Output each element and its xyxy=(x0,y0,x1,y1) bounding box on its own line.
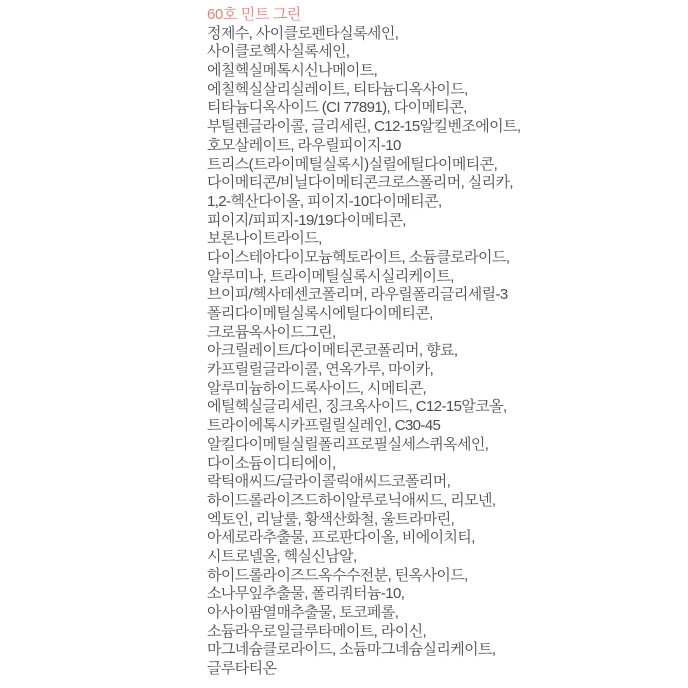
ingredient-line: 호모살레이트, 라우릴피이지-10 xyxy=(207,137,677,156)
ingredient-line: 아세로라추출물, 프로판다이올, 비에이치티, xyxy=(207,529,677,548)
ingredient-line: 티타늄디옥사이드 (CI 77891), 다이메티콘, xyxy=(207,99,677,118)
ingredient-line: 피이지/피피지-19/19다이메티콘, xyxy=(207,212,677,231)
ingredient-line: 시트로넬올, 헥실신남알, xyxy=(207,548,677,567)
ingredient-line: 엑토인, 리날룰, 황색산화철, 울트라마린, xyxy=(207,511,677,530)
ingredient-line: 아크릴레이트/다이메티콘코폴리머, 향료, xyxy=(207,342,677,361)
ingredient-line: 알루미늄하이드록사이드, 시메티콘, xyxy=(207,380,677,399)
ingredient-line: 카프릴릴글라이콜, 연옥가루, 마이카, xyxy=(207,361,677,380)
ingredient-line: 아사이팜열매추출물, 토코페롤, xyxy=(207,604,677,623)
ingredient-line: 알루미나, 트라이메틸실록시실리케이트, xyxy=(207,268,677,287)
ingredient-line: 에칠헥실메톡시신나메이트, xyxy=(207,62,677,81)
product-detail-page: 60호 민트 그린 정제수, 사이클로펜타실록세인,사이클로헥사실록세인,에칠헥… xyxy=(0,0,688,688)
ingredient-line: 락틱애씨드/글라이콜릭애씨드코폴리머, xyxy=(207,473,677,492)
ingredient-line: 트리스(트라이메틸실록시)실릴에틸다이메티콘, xyxy=(207,156,677,175)
ingredient-line: 알킬다이메틸실릴폴리프로필실세스퀴옥세인, xyxy=(207,436,677,455)
ingredient-line: 다이스테아다이모늄헥토라이트, 소듐클로라이드, xyxy=(207,249,677,268)
shade-title: 60호 민트 그린 xyxy=(207,6,677,25)
ingredient-list: 정제수, 사이클로펜타실록세인,사이클로헥사실록세인,에칠헥실메톡시신나메이트,… xyxy=(207,25,677,679)
ingredient-line: 폴리다이메틸실록시에틸다이메티콘, xyxy=(207,305,677,324)
ingredient-line: 하이드롤라이즈드옥수수전분, 틴옥사이드, xyxy=(207,567,677,586)
ingredient-line: 보론나이트라이드, xyxy=(207,230,677,249)
ingredient-line: 소나무잎추출물, 폴리쿼터늄-10, xyxy=(207,585,677,604)
ingredient-line: 에칠헥실살리실레이트, 티타늄디옥사이드, xyxy=(207,81,677,100)
ingredient-line: 트라이에톡시카프릴릴실레인, C30-45 xyxy=(207,417,677,436)
ingredient-line: 브이피/헥사데센코폴리머, 라우릴폴리글리세릴-3 xyxy=(207,286,677,305)
ingredient-line: 하이드롤라이즈드하이알루로닉애씨드, 리모넨, xyxy=(207,492,677,511)
ingredient-line: 부틸렌글라이콜, 글리세린, C12-15알킬벤조에이트, xyxy=(207,118,677,137)
ingredient-line: 에틸헥실글리세린, 징크옥사이드, C12-15알코올, xyxy=(207,398,677,417)
ingredient-line: 사이클로헥사실록세인, xyxy=(207,43,677,62)
ingredient-line: 다이메티콘/비닐다이메티콘크로스폴리머, 실리카, xyxy=(207,174,677,193)
ingredient-line: 1,2-헥산다이올, 피이지-10다이메티콘, xyxy=(207,193,677,212)
ingredient-line: 다이소듐이디티에이, xyxy=(207,455,677,474)
ingredient-line: 크로뮴옥사이드그린, xyxy=(207,324,677,343)
ingredient-line: 마그네슘클로라이드, 소듐마그네슘실리케이트, xyxy=(207,641,677,660)
ingredient-section: 60호 민트 그린 정제수, 사이클로펜타실록세인,사이클로헥사실록세인,에칠헥… xyxy=(207,6,677,679)
ingredient-line: 정제수, 사이클로펜타실록세인, xyxy=(207,25,677,44)
ingredient-line: 글루타티온 xyxy=(207,660,677,679)
ingredient-line: 소듐라우로일글루타메이트, 라이신, xyxy=(207,623,677,642)
